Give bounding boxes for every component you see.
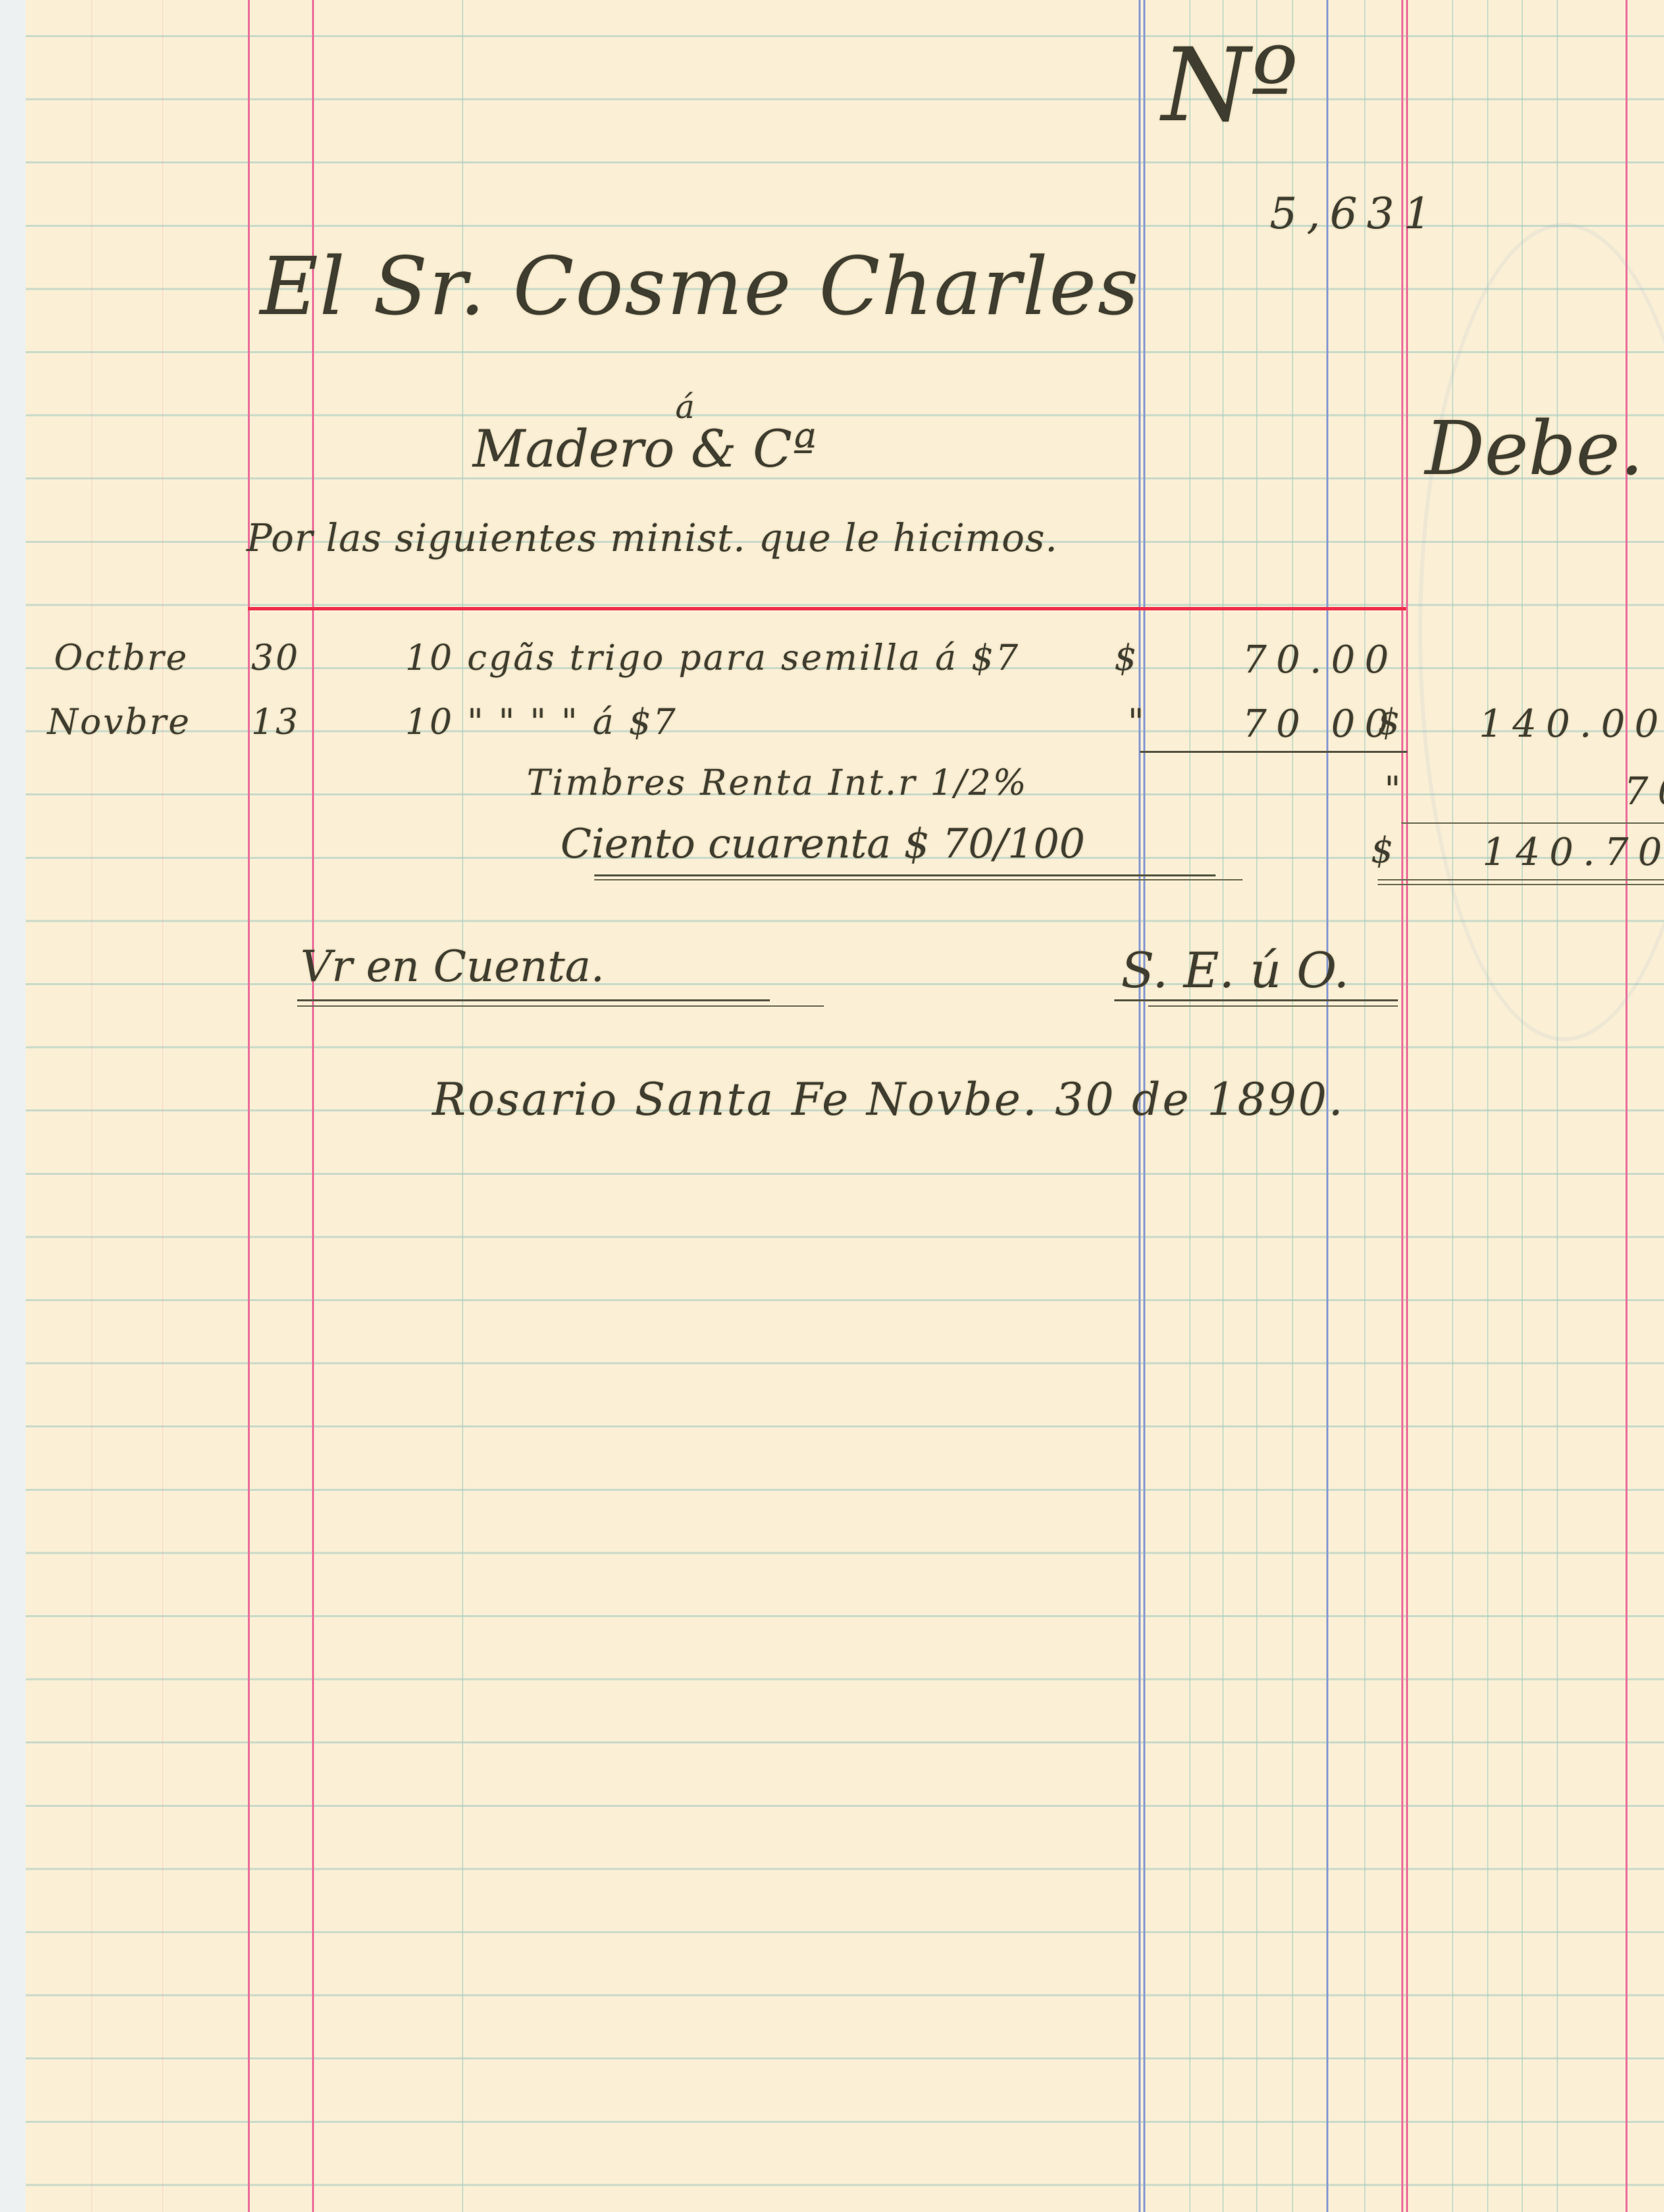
- subtotal-currency: $: [1378, 702, 1402, 743]
- errors-note: S. E. ú O.: [1121, 942, 1349, 999]
- header-red-rule: [248, 607, 1406, 610]
- account-note-underline: [297, 999, 770, 1001]
- total-currency: $: [1371, 831, 1395, 871]
- entry-amount: 70.00: [1243, 638, 1398, 682]
- tax-description: Timbres Renta Int.r 1/2%: [527, 763, 1029, 804]
- errors-note-underline: [1148, 1005, 1398, 1007]
- entry-day: 13: [251, 702, 300, 743]
- entry-currency: $: [1114, 638, 1139, 679]
- entry-month: Novbre: [47, 702, 191, 743]
- faint-rule: [91, 0, 93, 2212]
- tax-amount: 70: [1624, 770, 1664, 814]
- total-words-underline: [594, 879, 1243, 880]
- pink-rule: [1401, 0, 1403, 2212]
- total-in-words: Ciento cuarenta $ 70/100: [561, 820, 1085, 868]
- total-underline: [1378, 879, 1664, 880]
- margin-rule-left: [248, 0, 250, 2212]
- errors-note-underline: [1114, 999, 1398, 1001]
- addressee: El Sr. Cosme Charles: [260, 240, 1140, 333]
- total-words-underline: [594, 874, 1216, 876]
- tax-currency: ": [1384, 770, 1403, 810]
- issuer: Madero & Cª: [473, 419, 816, 479]
- number-label: Nº: [1162, 27, 1298, 144]
- entry-amount: 70 00: [1243, 702, 1398, 746]
- subtotal-amount: 140.00: [1479, 702, 1664, 746]
- entry-day: 30: [251, 638, 300, 679]
- entry-currency: ": [1128, 702, 1146, 743]
- place-date: Rosario Santa Fe Novbe. 30 de 1890.: [432, 1074, 1345, 1126]
- faint-rule: [162, 0, 163, 2212]
- description-line: Por las siguientes minist. que le hicimo…: [246, 517, 1058, 560]
- debe-heading: Debe.: [1425, 405, 1644, 492]
- entry-description: 10 " " " " á $7: [405, 702, 677, 743]
- entry-underline: [1140, 751, 1407, 753]
- account-note: Vr en Cuenta.: [301, 942, 604, 992]
- grid-rule: [1364, 0, 1366, 2212]
- pink-rule: [1406, 0, 1408, 2212]
- total-amount: 140.70: [1482, 831, 1664, 874]
- tax-underline: [1401, 822, 1664, 824]
- total-underline: [1378, 884, 1664, 885]
- grid-rule: [1452, 0, 1453, 2212]
- invoice-number: 5,631: [1270, 189, 1440, 239]
- entry-description: 10 cgãs trigo para semilla á $7: [405, 638, 1020, 679]
- entry-month: Octbre: [54, 638, 189, 679]
- account-note-underline: [297, 1005, 824, 1007]
